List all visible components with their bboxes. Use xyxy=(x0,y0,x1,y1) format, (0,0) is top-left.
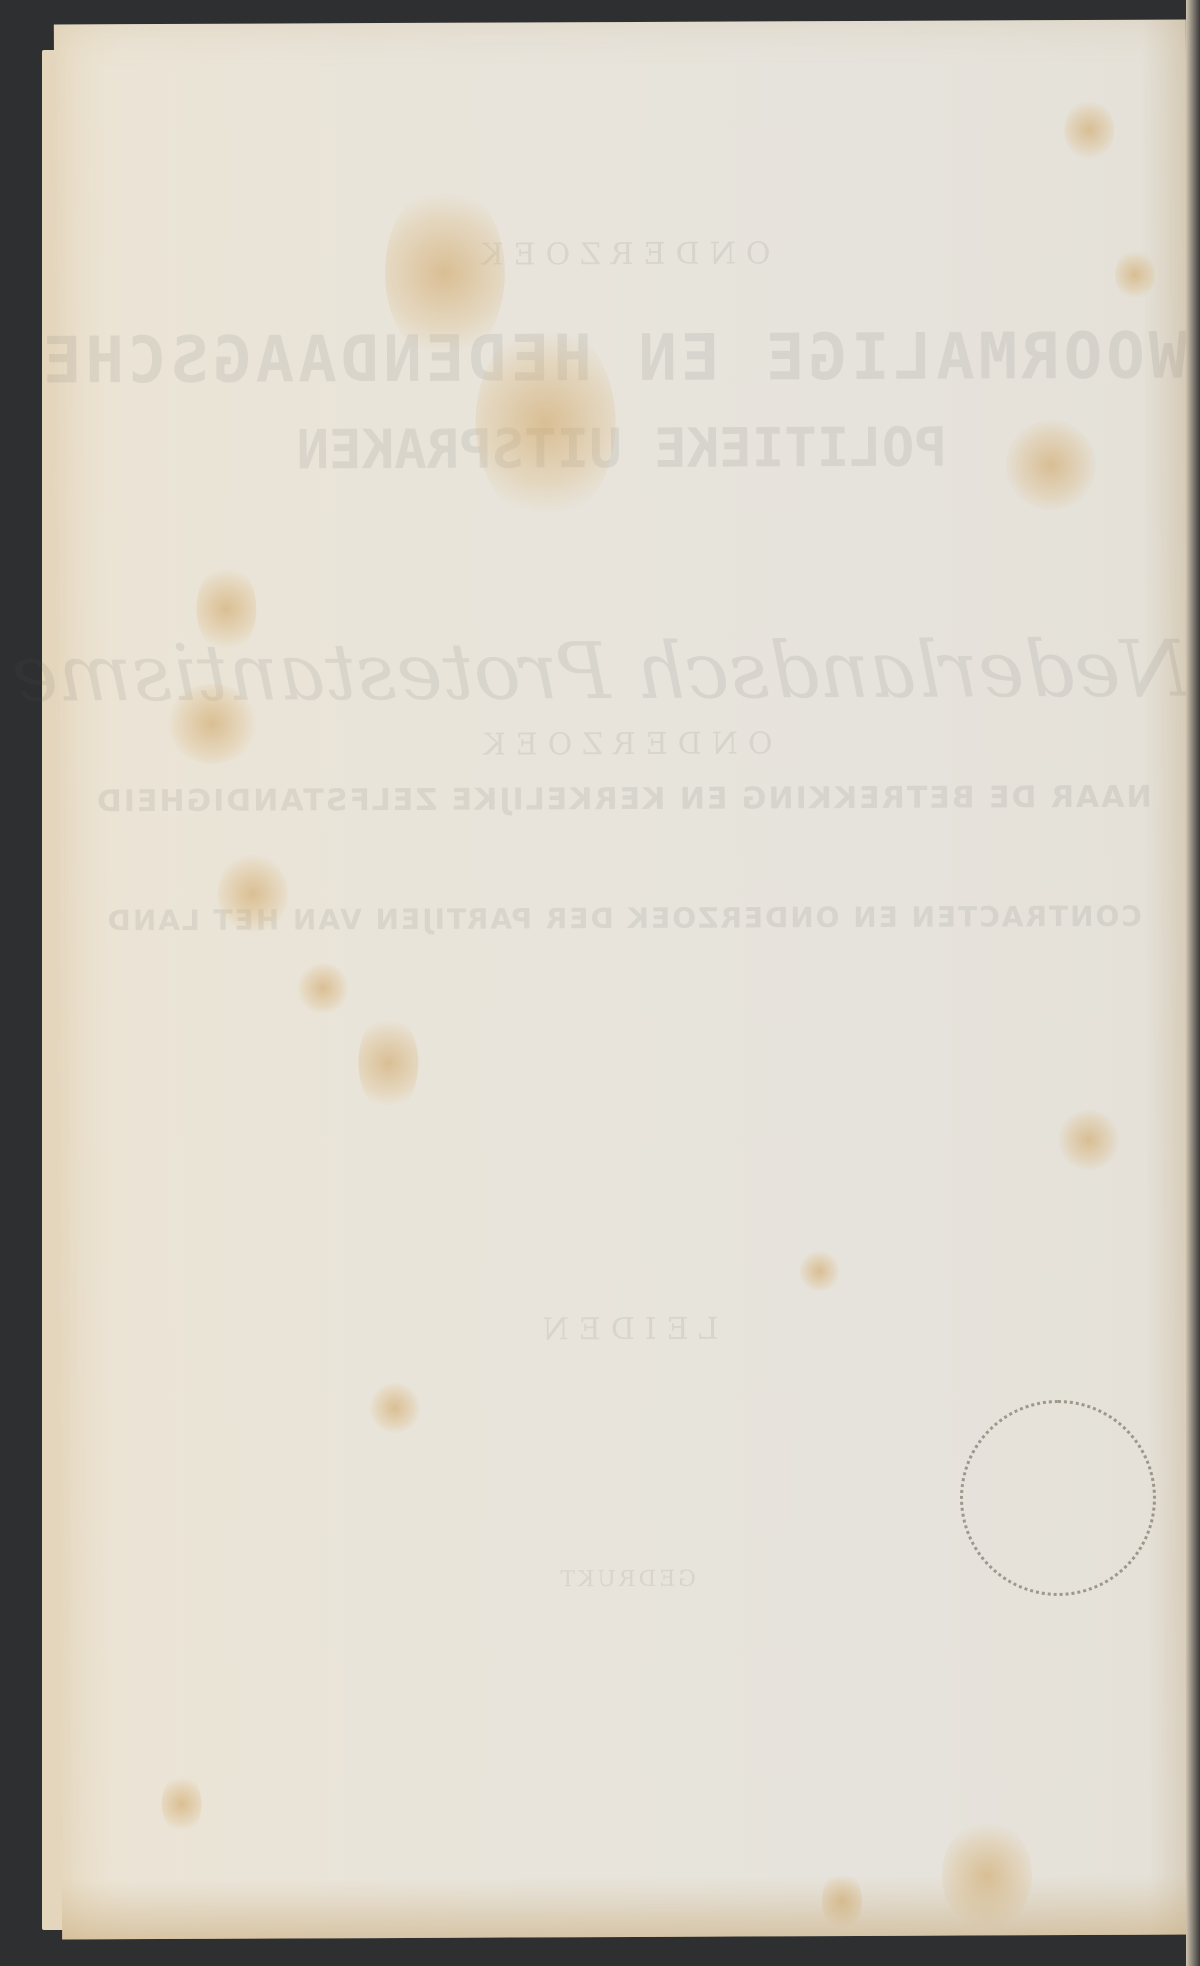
foxing-spot xyxy=(298,963,348,1013)
foxing-spot xyxy=(1115,250,1155,300)
bleed-line: WOORMALIGE EN HEDENDAAGSCHE xyxy=(55,320,1187,399)
foxing-spot xyxy=(385,183,506,364)
foxing-spot xyxy=(822,1871,862,1931)
foxing-spot xyxy=(370,1383,420,1433)
foxing-spot xyxy=(1064,100,1114,160)
foxing-spot xyxy=(1006,420,1096,510)
foxing-spot xyxy=(358,1013,418,1113)
bleed-line: NAAR DE BETREKKING EN KERKELIJKE ZELFSTA… xyxy=(57,780,1189,820)
book-page: ONDERZOEK WOORMALIGE EN HEDENDAAGSCHE PO… xyxy=(54,20,1194,1940)
foxing-spot xyxy=(161,1774,201,1834)
library-stamp xyxy=(960,1400,1156,1596)
foxing-spot xyxy=(1059,1110,1119,1170)
foxing-spot xyxy=(217,853,287,933)
bleed-line: ONDERZOEK xyxy=(55,235,1187,275)
foxing-spot xyxy=(799,1251,839,1291)
foxing-spot xyxy=(475,322,616,523)
show-through-text: ONDERZOEK WOORMALIGE EN HEDENDAAGSCHE PO… xyxy=(54,20,1194,1940)
foxing-spot xyxy=(942,1820,1032,1930)
foxing-spot xyxy=(196,564,256,654)
bleed-line: LEIDEN xyxy=(59,1310,1191,1350)
page-edge-right xyxy=(1186,0,1200,1966)
foxing-spot xyxy=(167,684,257,764)
